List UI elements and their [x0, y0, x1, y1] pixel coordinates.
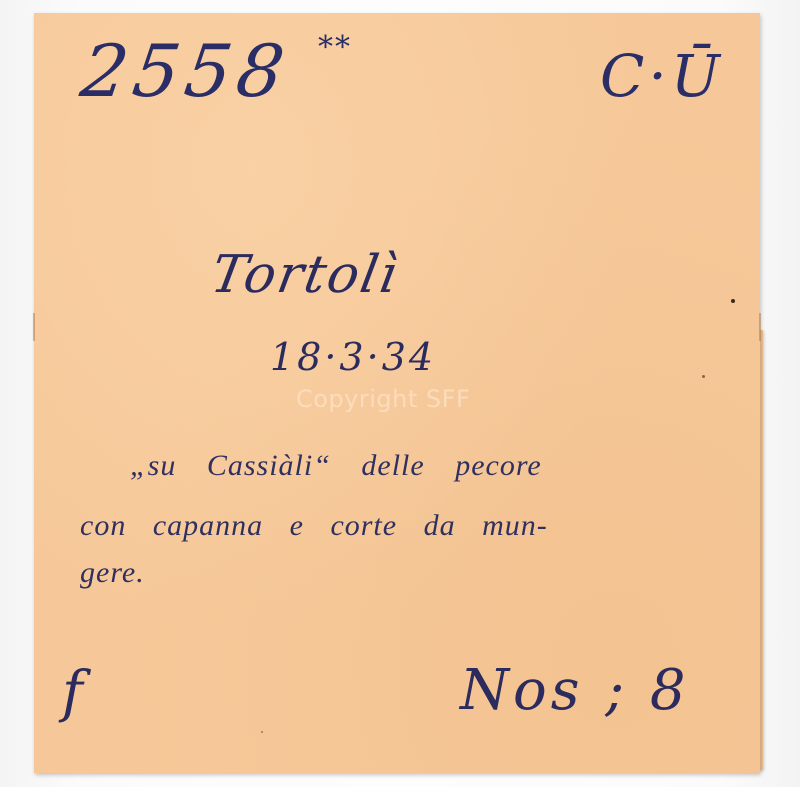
- specimen-label-card: 2558 ** C·Ū Tortolì 18·3·34 Copyright SF…: [34, 13, 760, 773]
- paper-speck: [731, 299, 735, 303]
- paper-speck: [261, 731, 263, 733]
- photo-stage: 2558 ** C·Ū Tortolì 18·3·34 Copyright SF…: [0, 0, 800, 787]
- paper-edge-fold: [759, 313, 761, 341]
- description-line-3: gere.: [80, 558, 145, 588]
- collection-code: C·Ū: [600, 47, 724, 105]
- paper-edge-fold: [33, 313, 35, 341]
- catalog-star-marks: **: [318, 33, 352, 63]
- description-line-2: con capanna e corte da mun-: [80, 511, 548, 541]
- specimen-count: Nos ; 8: [460, 663, 690, 719]
- catalog-number: 2558: [77, 35, 294, 107]
- collection-place: Tortolì: [207, 249, 402, 301]
- sheet-mark: f: [62, 665, 83, 721]
- description-line-1: „su Cassiàli“ delle pecore: [130, 451, 542, 481]
- paper-speck: [702, 375, 705, 378]
- collection-date: 18·3·34: [270, 338, 436, 376]
- copyright-watermark: Copyright SFF: [296, 385, 470, 413]
